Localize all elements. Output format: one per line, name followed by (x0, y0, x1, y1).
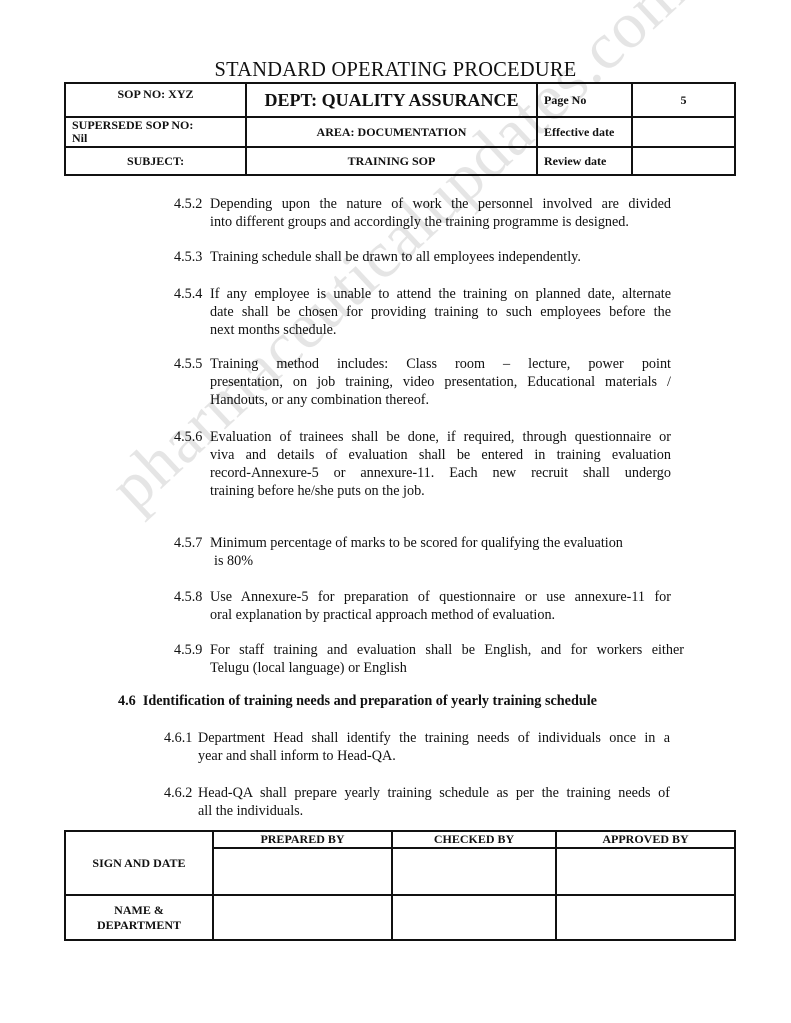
department: DEPT: QUALITY ASSURANCE (246, 83, 537, 117)
checked-by-header: CHECKED BY (392, 831, 556, 848)
clause-text-line: Use Annexure-5 for preparation of questi… (210, 588, 671, 606)
clause-number: 4.5.6 (174, 428, 202, 446)
document-title: STANDARD OPERATING PROCEDURE (12, 57, 779, 81)
checked-by-name (392, 895, 556, 940)
checked-by-sign (392, 848, 556, 895)
clause-text-line: Training schedule shall be drawn to all … (210, 248, 630, 266)
area: AREA: DOCUMENTATION (246, 117, 537, 147)
clause-number: 4.5.5 (174, 355, 202, 373)
clause-number: 4.5.7 (174, 534, 202, 552)
clause-number: 4.5.4 (174, 285, 202, 303)
prepared-by-name (213, 895, 392, 940)
clause-text-line: record-Annexure-5 or annexure-11. Each n… (210, 464, 671, 482)
approved-by-name (556, 895, 735, 940)
subject-value: TRAINING SOP (246, 147, 537, 175)
clause-text-line: For staff training and evaluation shall … (210, 641, 684, 659)
approval-table: SIGN AND DATE PREPARED BY CHECKED BY APP… (64, 830, 736, 941)
supersede-label: SUPERSEDE SOP NO: (72, 119, 239, 132)
clause-text-line: Evaluation of trainees shall be done, if… (210, 428, 671, 446)
prepared-by-sign (213, 848, 392, 895)
name-label-line: NAME & (70, 903, 208, 918)
clause-text-line: If any employee is unable to attend the … (210, 285, 671, 303)
clause-text-line: Handouts, or any combination thereof. (210, 391, 671, 409)
approved-by-header: APPROVED BY (556, 831, 735, 848)
effective-date-value (632, 117, 735, 147)
clause-number: 4.5.8 (174, 588, 202, 606)
clause-text-line: Telugu (local language) or English (210, 659, 684, 677)
clause-number: 4.5.3 (174, 248, 202, 266)
clause-number: 4.6.1 (164, 729, 192, 747)
clause-text-line: Depending upon the nature of work the pe… (210, 195, 671, 213)
clause-text-line: viva and details of evaluation shall be … (210, 446, 671, 464)
section-heading: 4.6 Identification of training needs and… (118, 693, 597, 710)
sop-header-table: SOP NO: XYZ DEPT: QUALITY ASSURANCE Page… (64, 82, 736, 176)
page-no-value: 5 (632, 83, 735, 117)
sign-and-date-label: SIGN AND DATE (65, 831, 213, 895)
name-department-label: NAME & DEPARTMENT (65, 895, 213, 940)
clause-text-line: Department Head shall identify the train… (198, 729, 670, 747)
section-number: 4.6 (118, 693, 136, 709)
clause-text-line: Training method includes: Class room – l… (210, 355, 671, 373)
effective-date-label: Effective date (537, 117, 632, 147)
supersede-sop: SUPERSEDE SOP NO: Nil (65, 117, 246, 147)
sop-number: SOP NO: XYZ (65, 83, 246, 117)
department-label-line: DEPARTMENT (70, 918, 208, 933)
clause-text-line: Minimum percentage of marks to be scored… (210, 534, 658, 552)
section-title: Identification of training needs and pre… (143, 693, 597, 709)
clause-text-line: presentation, on job training, video pre… (210, 373, 671, 391)
clause-text-line: year and shall inform to Head-QA. (198, 747, 670, 765)
review-date-label: Review date (537, 147, 632, 175)
clause-text-line: into different groups and accordingly th… (210, 213, 671, 231)
clause-number: 4.5.9 (174, 641, 202, 659)
review-date-value (632, 147, 735, 175)
clause-text-line: next months schedule. (210, 321, 671, 339)
subject-label: SUBJECT: (65, 147, 246, 175)
prepared-by-header: PREPARED BY (213, 831, 392, 848)
clause-text-line: all the individuals. (198, 802, 670, 820)
supersede-value: Nil (72, 132, 239, 145)
clause-text-line: oral explanation by practical approach m… (210, 606, 671, 624)
page-no-label: Page No (537, 83, 632, 117)
clause-text-line: Head-QA shall prepare yearly training sc… (198, 784, 670, 802)
clause-number: 4.5.2 (174, 195, 202, 213)
clause-text-line: date shall be chosen for providing train… (210, 303, 671, 321)
clause-text-line: training before he/she puts on the job. (210, 482, 671, 500)
approved-by-sign (556, 848, 735, 895)
clause-number: 4.6.2 (164, 784, 192, 802)
clause-text-line: is 80% (214, 552, 253, 570)
